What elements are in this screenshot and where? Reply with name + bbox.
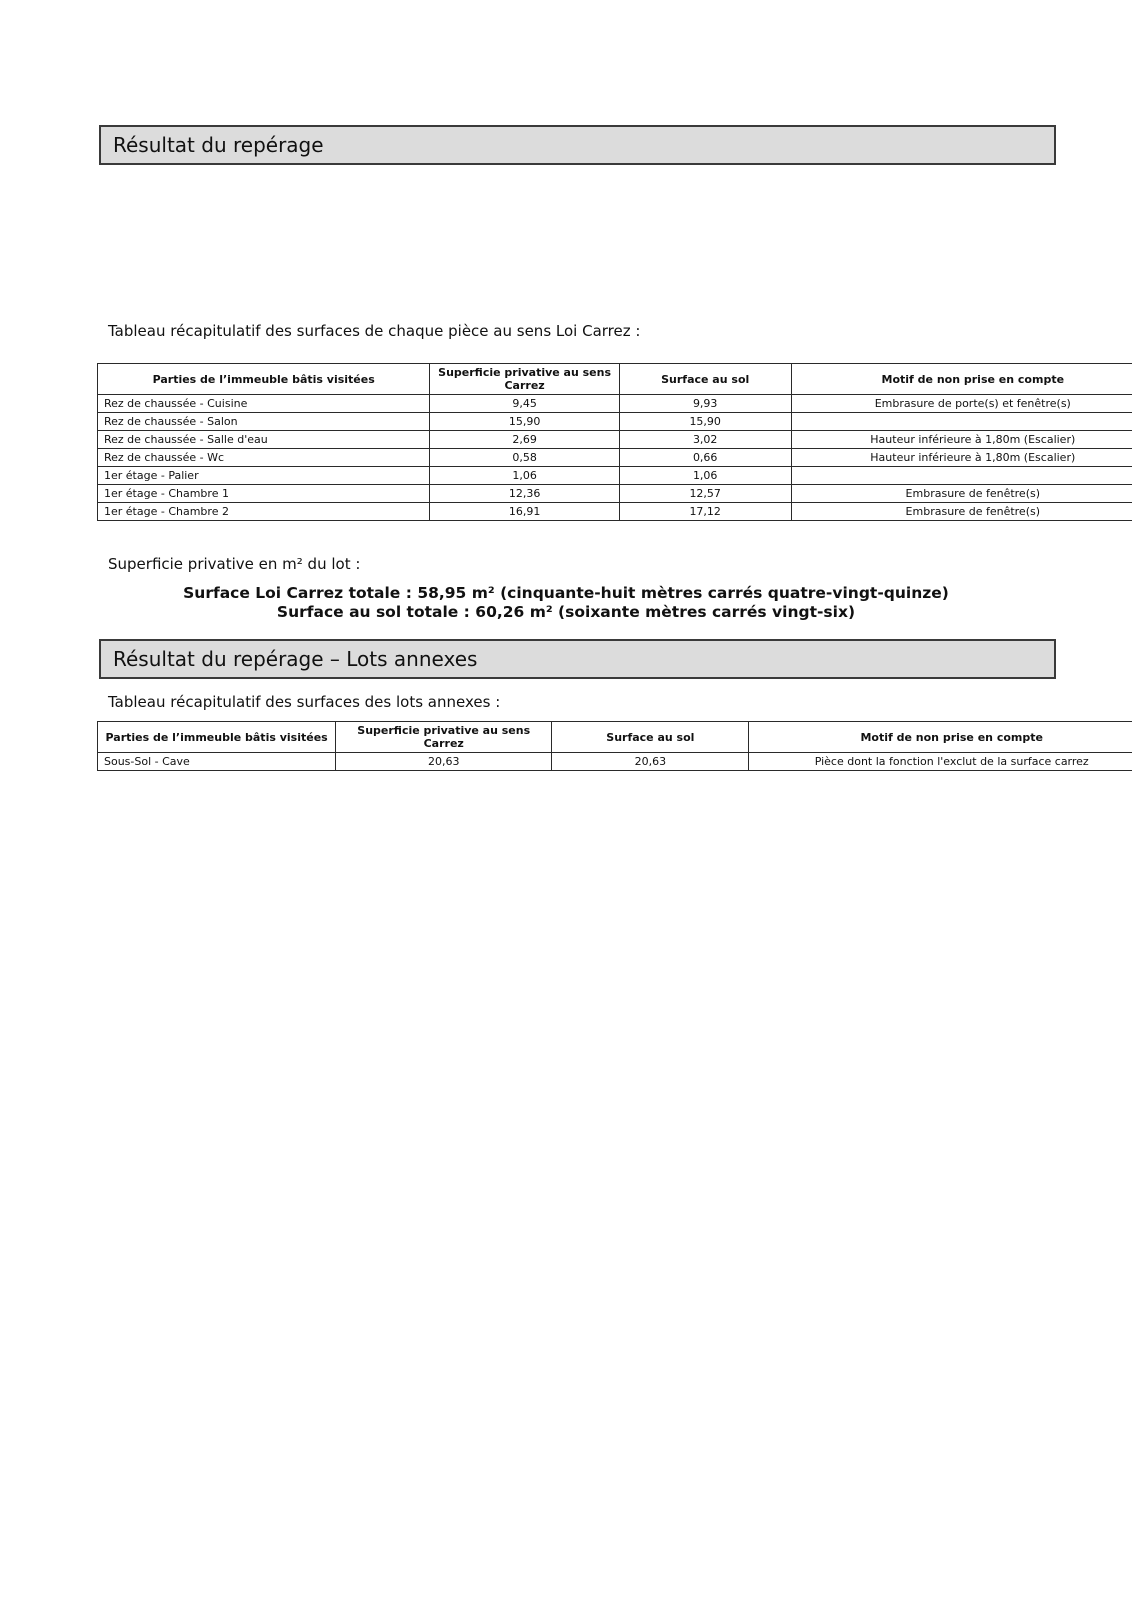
cell-part: Sous-Sol - Cave	[98, 753, 336, 771]
cell-carrez: 16,91	[430, 503, 619, 521]
header-sol: Surface au sol	[619, 364, 791, 395]
header-sol: Surface au sol	[552, 722, 749, 753]
cell-carrez: 1,06	[430, 467, 619, 485]
header-motif: Motif de non prise en compte	[791, 364, 1132, 395]
table-row: Rez de chaussée - Cuisine9,459,93Embrasu…	[98, 395, 1132, 413]
cell-carrez: 9,45	[430, 395, 619, 413]
cell-carrez: 2,69	[430, 431, 619, 449]
cell-part: 1er étage - Chambre 1	[98, 485, 430, 503]
cell-motif: Hauteur inférieure à 1,80m (Escalier)	[791, 449, 1132, 467]
cell-sol: 17,12	[619, 503, 791, 521]
cell-sol: 1,06	[619, 467, 791, 485]
cell-motif	[791, 413, 1132, 431]
cell-motif: Embrasure de fenêtre(s)	[791, 503, 1132, 521]
section-header-annex-lots: Résultat du repérage – Lots annexes	[99, 639, 1056, 679]
section-header-result: Résultat du repérage	[99, 125, 1056, 165]
cell-sol: 12,57	[619, 485, 791, 503]
table-row: Rez de chaussée - Wc0,580,66Hauteur infé…	[98, 449, 1132, 467]
cell-part: Rez de chaussée - Cuisine	[98, 395, 430, 413]
cell-motif: Hauteur inférieure à 1,80m (Escalier)	[791, 431, 1132, 449]
cell-carrez: 20,63	[336, 753, 552, 771]
cell-part: Rez de chaussée - Salon	[98, 413, 430, 431]
cell-part: 1er étage - Chambre 2	[98, 503, 430, 521]
cell-part: Rez de chaussée - Wc	[98, 449, 430, 467]
cell-motif: Embrasure de porte(s) et fenêtre(s)	[791, 395, 1132, 413]
cell-motif: Embrasure de fenêtre(s)	[791, 485, 1132, 503]
cell-carrez: 12,36	[430, 485, 619, 503]
header-motif: Motif de non prise en compte	[749, 722, 1132, 753]
total-sol: Surface au sol totale : 60,26 m² (soixan…	[0, 603, 1132, 622]
header-parts: Parties de l’immeuble bâtis visitées	[98, 364, 430, 395]
header-carrez: Superficie privative au sens Carrez	[430, 364, 619, 395]
cell-part: 1er étage - Palier	[98, 467, 430, 485]
table-header-row: Parties de l’immeuble bâtis visitées Sup…	[98, 722, 1132, 753]
cell-motif: Pièce dont la fonction l'exclut de la su…	[749, 753, 1132, 771]
header-parts: Parties de l’immeuble bâtis visitées	[98, 722, 336, 753]
cell-carrez: 0,58	[430, 449, 619, 467]
cell-sol: 15,90	[619, 413, 791, 431]
table-row: 1er étage - Palier1,061,06	[98, 467, 1132, 485]
annex-surfaces-table: Parties de l’immeuble bâtis visitées Sup…	[97, 721, 1132, 771]
carrez-surfaces-table: Parties de l’immeuble bâtis visitées Sup…	[97, 363, 1132, 521]
table-intro-annex: Tableau récapitulatif des surfaces des l…	[108, 693, 500, 711]
table-row: Rez de chaussée - Salon15,9015,90	[98, 413, 1132, 431]
total-carrez: Surface Loi Carrez totale : 58,95 m² (ci…	[0, 584, 1132, 603]
cell-motif	[791, 467, 1132, 485]
table-row: 1er étage - Chambre 112,3612,57Embrasure…	[98, 485, 1132, 503]
table-intro-carrez: Tableau récapitulatif des surfaces de ch…	[108, 322, 640, 340]
cell-sol: 20,63	[552, 753, 749, 771]
table-header-row: Parties de l’immeuble bâtis visitées Sup…	[98, 364, 1132, 395]
table-row: Sous-Sol - Cave20,6320,63Pièce dont la f…	[98, 753, 1132, 771]
cell-part: Rez de chaussée - Salle d'eau	[98, 431, 430, 449]
header-carrez: Superficie privative au sens Carrez	[336, 722, 552, 753]
cell-sol: 3,02	[619, 431, 791, 449]
cell-sol: 9,93	[619, 395, 791, 413]
cell-sol: 0,66	[619, 449, 791, 467]
lot-surface-label: Superficie privative en m² du lot :	[108, 555, 360, 573]
cell-carrez: 15,90	[430, 413, 619, 431]
table-row: 1er étage - Chambre 216,9117,12Embrasure…	[98, 503, 1132, 521]
table-row: Rez de chaussée - Salle d'eau2,693,02Hau…	[98, 431, 1132, 449]
